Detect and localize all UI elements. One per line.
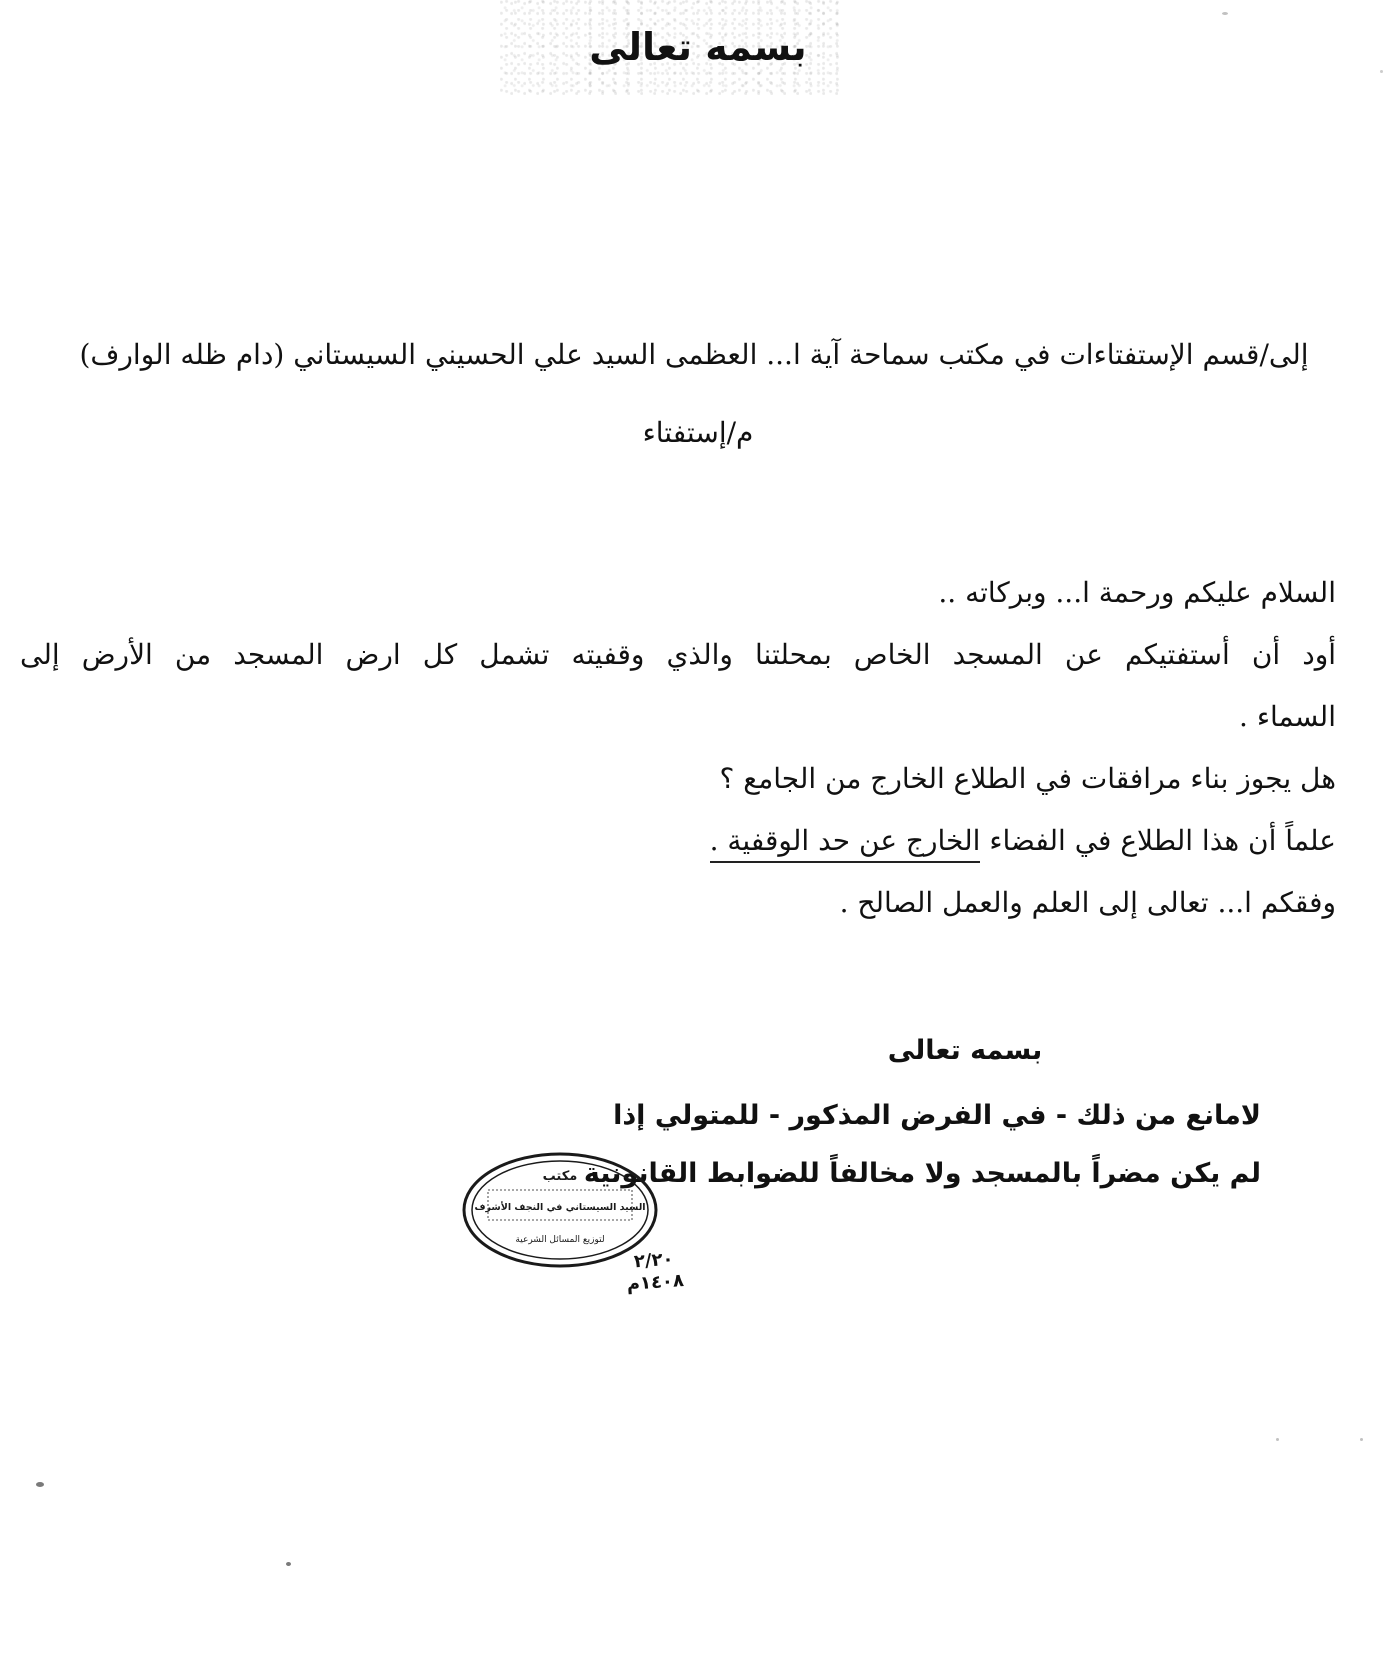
scan-speck	[286, 1562, 291, 1566]
note-line: علماً أن هذا الطلاع في الفضاء الخارج عن …	[20, 810, 1336, 872]
scan-speck	[1380, 70, 1383, 73]
document-header-title: بسمه تعالى	[0, 22, 1396, 72]
reply-date: ٢/٢٠ ١٤٠٨م	[625, 1248, 685, 1296]
addressee-line: إلى/قسم الإستفتاءات في مكتب سماحة آية ا.…	[44, 330, 1344, 380]
subject-line: م/إستفتاء	[0, 408, 1396, 458]
reply-line-2: لم يكن مضراً بالمسجد ولا مخالفاً للضوابط…	[584, 1158, 1261, 1189]
note-underlined: الخارج عن حد الوقفية .	[710, 824, 981, 863]
body-line-2: السماء .	[20, 686, 1336, 748]
scan-speck	[1360, 1438, 1363, 1441]
note-prefix: علماً أن هذا الطلاع في الفضاء	[980, 824, 1336, 857]
seal-center-text: السيد السيستاني في النجف الأشرف	[474, 1201, 645, 1213]
scanned-document-page: بسمه تعالى إلى/قسم الإستفتاءات في مكتب س…	[0, 0, 1396, 1659]
seal-bottom-text: لتوزيع المسائل الشرعية	[515, 1235, 604, 1245]
reply-line-1: لامانع من ذلك - في الفرض المذكور - للمتو…	[613, 1100, 1261, 1131]
letter-body: السلام عليكم ورحمة ا... وبركاته .. أود أ…	[20, 562, 1336, 934]
scan-speck	[1222, 12, 1228, 15]
body-line-1: أود أن أستفتيكم عن المسجد الخاص بمحلتنا …	[20, 624, 1336, 686]
scan-speck	[1276, 1438, 1279, 1441]
closing-line: وفقكم ا... تعالى إلى العلم والعمل الصالح…	[20, 872, 1336, 934]
date-line-2: ١٤٠٨م	[626, 1270, 685, 1296]
reply-title: بسمه تعالى	[850, 1035, 1080, 1066]
scan-speck	[36, 1482, 44, 1487]
seal-top-text: مكتب	[543, 1169, 578, 1184]
question-line: هل يجوز بناء مرافقات في الطلاع الخارج من…	[20, 748, 1336, 810]
greeting-line: السلام عليكم ورحمة ا... وبركاته ..	[20, 562, 1336, 624]
